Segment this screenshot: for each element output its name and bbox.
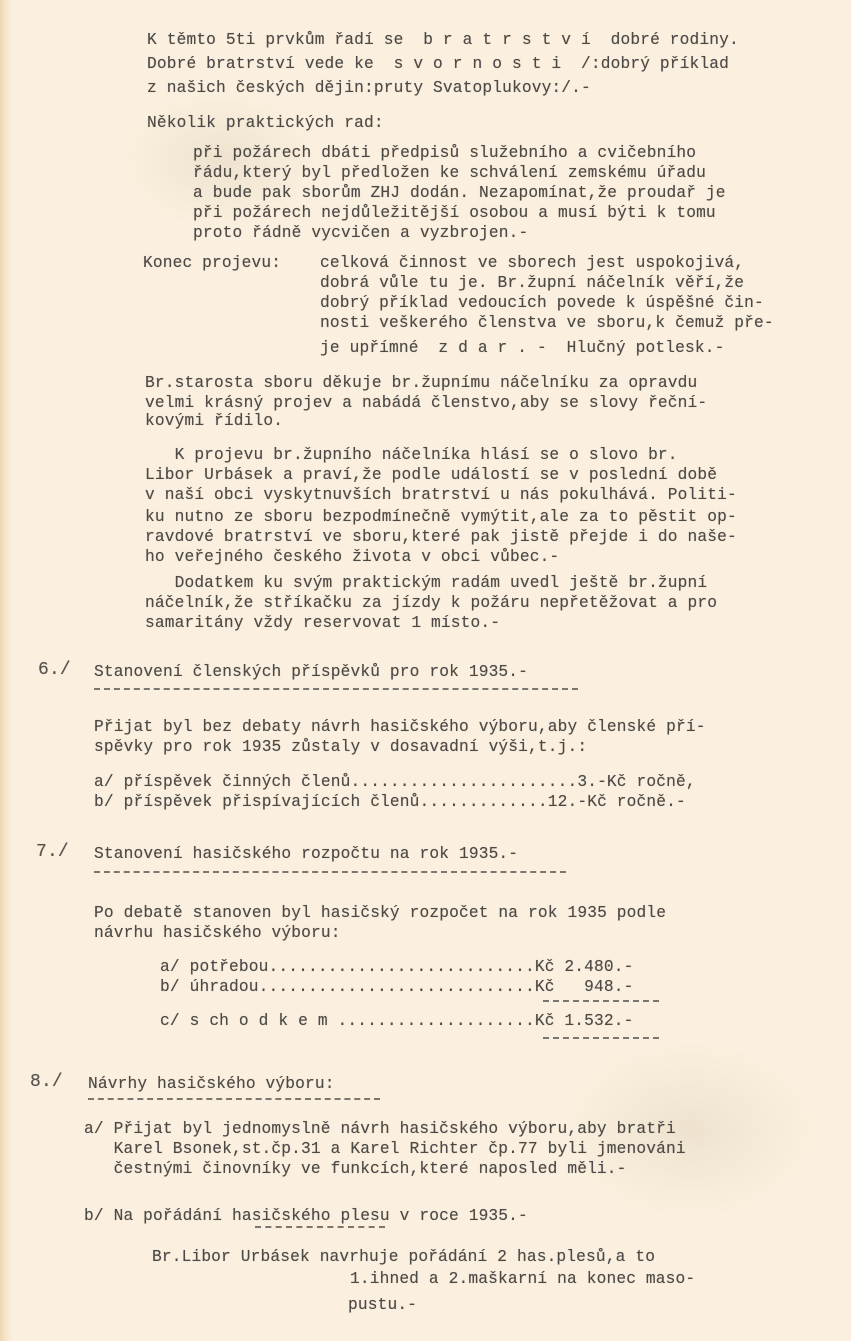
section-8-title: Návrhy hasičského výboru: (88, 1075, 335, 1094)
proposal-b-line: pustu.- (348, 1296, 417, 1315)
urbasek-line: K projevu br.župního náčelníka hlásí se … (145, 446, 678, 465)
addendum-line: náčelník,že stříkačku za jízdy k požáru … (145, 594, 717, 613)
speech-end-line: dobrý příklad vedoucích povede k úspěšné… (320, 294, 764, 313)
proposal-a-line: čestnými činovníky ve funkcích,které nap… (84, 1160, 627, 1179)
advice-heading: Několik praktických rad: (147, 114, 384, 133)
fee-item: b/ příspěvek přispívajících členů.......… (94, 793, 686, 812)
section-6-body: spěvky pro rok 1935 zůstaly v dosavadní … (94, 738, 587, 757)
section-7-body: Po debatě stanoven byl hasičský rozpočet… (94, 904, 666, 923)
proposal-b-underline (255, 1226, 385, 1228)
budget-total: c/ s ch o d k e m ....................Kč… (160, 1012, 633, 1031)
section-7-number: 7./ (36, 843, 69, 862)
advice-line: a bude pak sborům ZHJ dodán. Nezapomínat… (193, 184, 726, 203)
intro-line: z našich českých dějin:pruty Svatoplukov… (147, 79, 591, 98)
proposal-b-heading: b/ Na pořádání hasičského plesu v roce 1… (84, 1207, 528, 1226)
section-7-body: návrhu hasičského výboru: (94, 924, 341, 943)
advice-line: proto řádně vycvičen a vyzbrojen.- (193, 224, 528, 243)
urbasek-line: Libor Urbásek a praví,že podle událostí … (145, 466, 717, 485)
section-6-body: Přijat byl bez debaty návrh hasičského v… (94, 718, 706, 737)
thanks-line: Br.starosta sboru děkuje br.župnímu náče… (145, 374, 697, 393)
section-8-underline (88, 1098, 380, 1100)
intro-line: K těmto 5ti prvkům řadí se b r a t r s t… (147, 31, 739, 50)
urbasek-line: ku nutno ze sboru bezpodmínečně vymýtit,… (145, 508, 737, 527)
section-6-title: Stanovení členských příspěvků pro rok 19… (94, 663, 528, 682)
speech-end-line: celková činnost ve sborech jest uspokoji… (320, 254, 744, 273)
speech-end-line: nosti veškerého členstva ve sboru,k čemu… (320, 314, 774, 333)
budget-item: b/ úhradou............................Kč… (160, 978, 633, 997)
proposal-b-line: Br.Libor Urbásek navrhuje pořádání 2 has… (152, 1248, 655, 1267)
addendum-line: samaritány vždy reservovat 1 místo.- (145, 614, 500, 633)
section-7-title: Stanovení hasičského rozpočtu na rok 193… (94, 845, 518, 864)
speech-end-line: je upřímné z d a r . - Hlučný potlesk.- (320, 339, 724, 358)
thanks-line: kovými řídilo. (145, 412, 283, 431)
proposal-a-line: a/ Přijat byl jednomyslně návrh hasičské… (84, 1120, 676, 1139)
advice-line: při požárech nejdůležitější osobou a mus… (193, 204, 716, 223)
section-6-underline (94, 688, 578, 690)
proposal-b-line: 1.ihned a 2.maškarní na konec maso- (350, 1270, 695, 1289)
document-page: K těmto 5ti prvkům řadí se b r a t r s t… (0, 0, 851, 1341)
addendum-line: Dodatkem ku svým praktickým radám uvedl … (145, 574, 707, 593)
fee-item: a/ příspěvek činných členů..............… (94, 773, 696, 792)
urbasek-line: v naší obci vyskytnuvších bratrství u ná… (145, 486, 737, 505)
section-8-number: 8./ (30, 1073, 63, 1092)
urbasek-line: ravdové bratrství ve sboru,které pak jis… (145, 528, 737, 547)
speech-end-label: Konec projevu: (143, 254, 281, 273)
urbasek-line: ho veřejného českého života v obci vůbec… (145, 548, 559, 567)
proposal-a-line: Karel Bsonek,st.čp.31 a Karel Richter čp… (84, 1140, 686, 1159)
advice-line: řádu,který byl předložen ke schválení ze… (193, 164, 706, 183)
budget-item: a/ potřebou...........................Kč… (160, 958, 633, 977)
budget-double-underline (543, 1037, 659, 1039)
advice-line: při požárech dbáti předpisů služebního a… (193, 144, 696, 163)
section-6-number: 6./ (38, 661, 71, 680)
budget-sum-line (543, 1000, 659, 1002)
section-7-underline (94, 871, 566, 873)
thanks-line: velmi krásný projev a nabádá členstvo,ab… (145, 394, 707, 413)
intro-line: Dobré bratrství vede ke s v o r n o s t … (147, 55, 729, 74)
speech-end-line: dobrá vůle tu je. Br.župní náčelník věří… (320, 274, 744, 293)
